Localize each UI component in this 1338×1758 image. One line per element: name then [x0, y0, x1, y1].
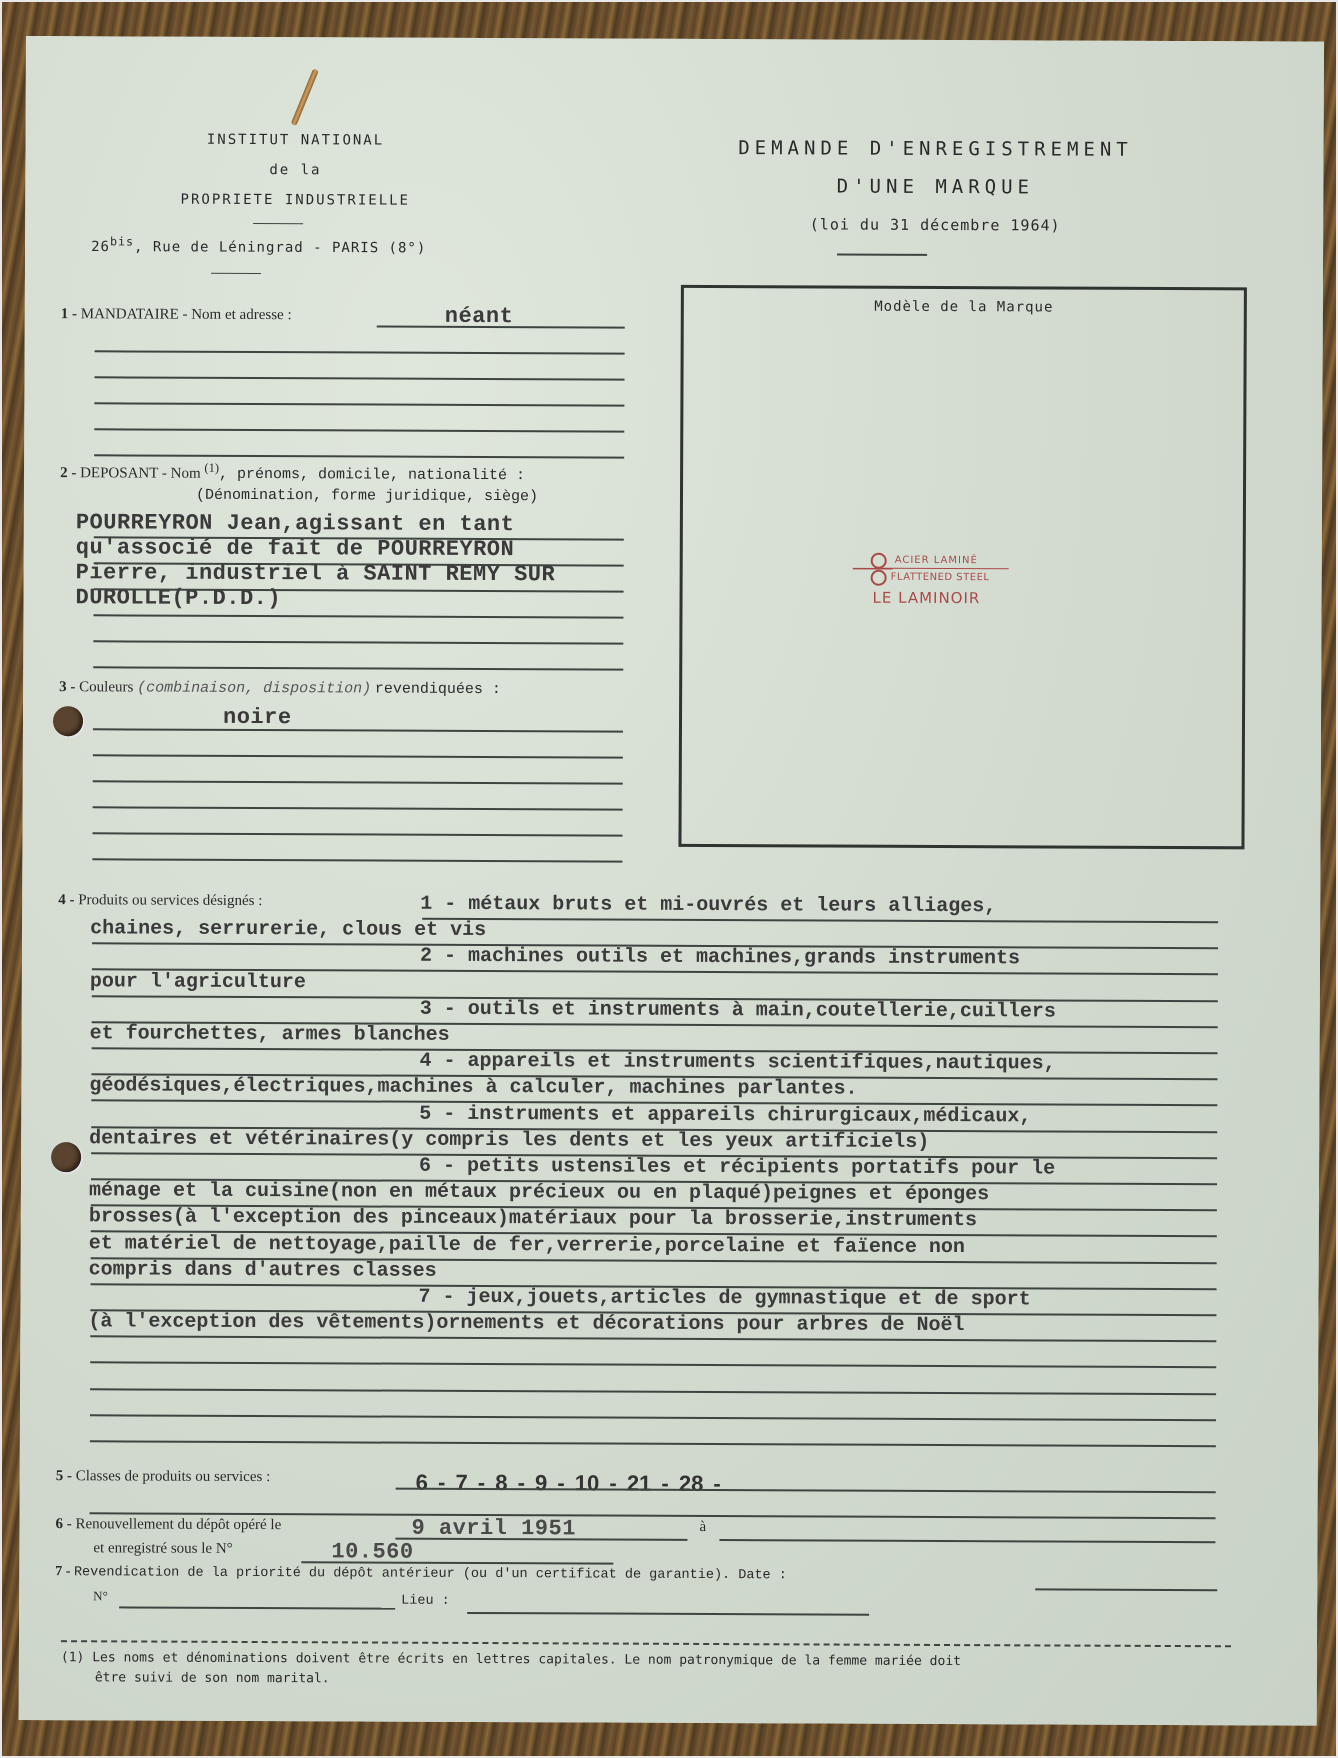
- title-law: (loi du 31 décembre 1964): [675, 205, 1195, 245]
- section2-text-rest: , prénoms, domicile, nationalité :: [219, 466, 525, 484]
- section5-number: 5 -: [56, 1468, 72, 1484]
- footnote-line1: Les noms et dénominations doivent être é…: [92, 1650, 961, 1669]
- address-rule: [211, 273, 261, 274]
- section1-text: MANDATAIRE - Nom et adresse :: [81, 306, 292, 323]
- section7-number: 7 -: [55, 1564, 70, 1579]
- address-street: , Rue de Léningrad - PARIS (8°): [134, 239, 426, 256]
- rule: [90, 1440, 1216, 1447]
- section7-label: 7 - Revendication de la priorité du dépô…: [55, 1564, 787, 1583]
- lieu-label: Lieu :: [401, 1594, 450, 1609]
- footnote-ref: (1): [204, 461, 219, 475]
- stamp-line2: FLATTENED STEEL: [891, 572, 990, 583]
- rule: [90, 1388, 1216, 1395]
- rollers-icon: [853, 551, 893, 591]
- section3-label: 3 - Couleurs (combinaison, disposition) …: [59, 679, 501, 698]
- section3-italic: (combinaison, disposition): [137, 679, 371, 697]
- section4-number: 4 -: [58, 892, 74, 908]
- institute-line3: PROPRIETE INDUSTRIELLE: [145, 185, 445, 216]
- section6-number: 6 -: [55, 1516, 71, 1532]
- section6-label: 6 - Renouvellement du dépôt opéré le: [55, 1516, 281, 1534]
- address-sup: bis: [110, 234, 134, 248]
- title-rule: [837, 254, 927, 256]
- mark-box-label: Modèle de la Marque: [684, 298, 1244, 316]
- stamp-line1: ACIER LAMINÉ: [895, 555, 978, 566]
- rule: [93, 754, 623, 758]
- renewal-place-field[interactable]: [719, 1539, 1215, 1543]
- registration-label: et enregistré sous le N°: [93, 1540, 232, 1558]
- trademark-stamp: ACIER LAMINÉ FLATTENED STEEL LE LAMINOIR: [853, 551, 1013, 552]
- products-field[interactable]: 1 - métaux bruts et mi-ouvrés et leurs a…: [88, 890, 1280, 1341]
- institute-line1: INSTITUT NATIONAL: [145, 125, 445, 156]
- mark-model-box: Modèle de la Marque ACIER LAMINÉ FLATTEN…: [678, 285, 1246, 849]
- section1-number: 1 -: [61, 306, 77, 322]
- footnote-ref-mark: (1): [61, 1650, 85, 1665]
- priority-number-field[interactable]: [119, 1606, 395, 1609]
- rule: [93, 666, 623, 670]
- punch-hole: [53, 706, 83, 736]
- address-number: 26: [91, 239, 110, 255]
- deposant-field[interactable]: POURREYRON Jean,agissant en tant qu'asso…: [75, 510, 555, 612]
- section5-label: 5 - Classes de produits ou services :: [56, 1468, 271, 1486]
- rule: [94, 428, 624, 432]
- rule: [95, 350, 625, 354]
- section3-number: 3 -: [59, 679, 75, 695]
- form-page: INSTITUT NATIONAL de la PROPRIETE INDUST…: [19, 36, 1324, 1726]
- section7-text: Revendication de la priorité du dépôt an…: [74, 1565, 787, 1583]
- section1-label: 1 - MANDATAIRE - Nom et adresse :: [61, 306, 292, 324]
- section6-text: Renouvellement du dépôt opéré le: [75, 1516, 281, 1533]
- rule: [92, 858, 622, 862]
- priority-place-field[interactable]: [467, 1612, 869, 1616]
- footnote-line2: être suivi de son nom marital.: [61, 1668, 1251, 1693]
- classes-field[interactable]: 6 - 7 - 8 - 9 - 10 - 21 - 28 -: [416, 1470, 721, 1497]
- section2-text: DEPOSANT - Nom: [80, 465, 201, 482]
- rule: [90, 1362, 1216, 1369]
- stamp-line3: LE LAMINOIR: [873, 589, 981, 607]
- rule: [93, 832, 623, 836]
- stamp-rule: [883, 568, 1009, 570]
- deposant-line: POURREYRON Jean,agissant en tant: [76, 510, 556, 537]
- section2-label: 2 - DEPOSANT - Nom (1), prénoms, domicil…: [60, 460, 525, 484]
- staple: [291, 68, 319, 126]
- footnote: (1) Les noms et dénominations doivent êt…: [61, 1648, 1251, 1693]
- rule: [93, 780, 623, 784]
- section3-text: Couleurs: [79, 679, 133, 695]
- rule: [93, 640, 623, 644]
- title-line2: D'UNE MARQUE: [675, 167, 1195, 207]
- rule: [93, 614, 623, 618]
- rule: [93, 806, 623, 810]
- section2-sublabel: (Dénomination, forme juridique, siège): [196, 487, 538, 505]
- colors-field[interactable]: noire: [223, 705, 292, 730]
- rule: [94, 454, 624, 458]
- rule: [90, 1414, 1216, 1421]
- header-rule: [253, 223, 303, 224]
- priority-date-field[interactable]: [1035, 1588, 1217, 1591]
- rule: [93, 728, 623, 732]
- section3-text-rest: revendiquées :: [375, 681, 501, 699]
- section5-text: Classes de produits ou services :: [76, 1468, 271, 1485]
- at-label: à: [699, 1519, 706, 1536]
- institute-header: INSTITUT NATIONAL de la PROPRIETE INDUST…: [145, 125, 445, 216]
- punch-hole: [51, 1142, 81, 1172]
- institute-address: 26bis, Rue de Léningrad - PARIS (8°): [91, 234, 426, 256]
- rule: [95, 376, 625, 380]
- section2-number: 2 -: [60, 465, 76, 481]
- priority-number-label: N°: [93, 1588, 108, 1604]
- rule: [94, 402, 624, 406]
- title-line1: DEMANDE D'ENREGISTREMENT: [675, 129, 1195, 169]
- institute-line2: de la: [145, 155, 445, 186]
- form-title: DEMANDE D'ENREGISTREMENT D'UNE MARQUE (l…: [675, 129, 1195, 245]
- footnote-separator: [61, 1640, 1231, 1647]
